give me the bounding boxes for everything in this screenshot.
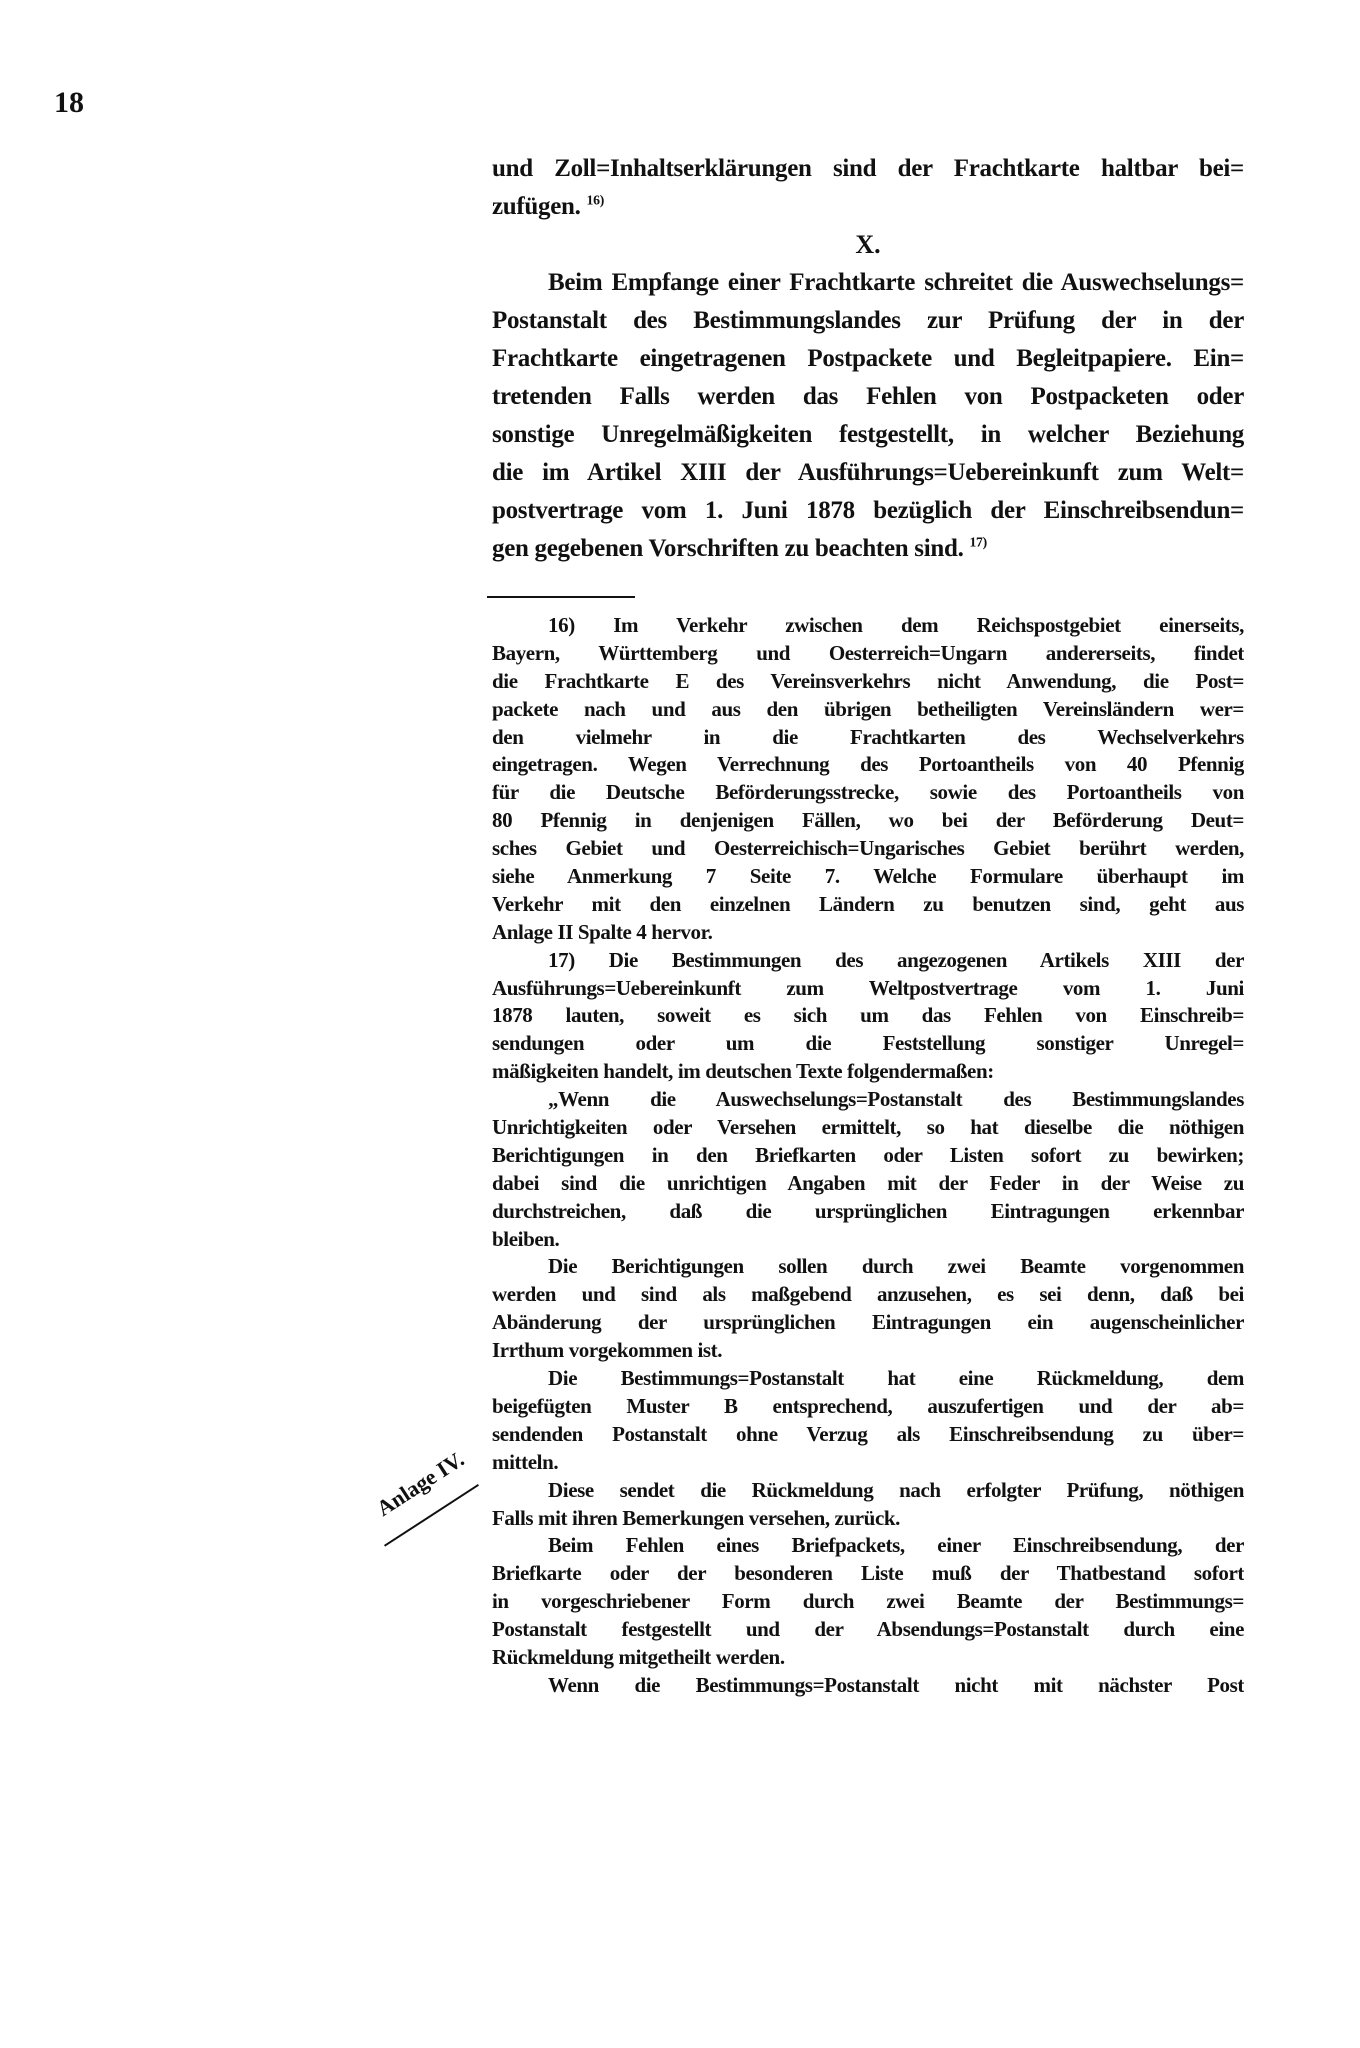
footnote-line: packete nach und aus den übrigen betheil…	[492, 696, 1244, 724]
footnote-line: Die Bestimmungs=Postanstalt hat eine Rüc…	[492, 1365, 1244, 1393]
margin-note-annex: Anlage IV.	[372, 1435, 487, 1522]
footnote-line: für die Deutsche Beförderungsstrecke, so…	[492, 779, 1244, 807]
footnote-line: 16) Im Verkehr zwischen dem Reichspostge…	[492, 612, 1244, 640]
text-line-content: tretenden Falls werden das Fehlen von Po…	[492, 383, 1244, 410]
text-line: Postanstalt des Bestimmungslandes zur Pr…	[492, 302, 1244, 340]
footnote-line: Postanstalt festgestellt und der Absendu…	[492, 1616, 1244, 1644]
text-line: tretenden Falls werden das Fehlen von Po…	[492, 378, 1244, 416]
text-line-content: Beim Empfange einer Frachtkarte schreite…	[548, 269, 1244, 296]
footnote-line: Anlage II Spalte 4 hervor.	[492, 919, 1244, 947]
text-line-content: zufügen.	[492, 193, 581, 220]
footnote-line: Wenn die Bestimmungs=Postanstalt nicht m…	[492, 1672, 1244, 1700]
text-line: gen gegebenen Vorschriften zu beachten s…	[492, 530, 1244, 568]
footnote-line: Briefkarte oder der besonderen Liste muß…	[492, 1560, 1244, 1588]
footnote-line: Falls mit ihren Bemerkungen versehen, zu…	[492, 1505, 1244, 1533]
text-line: die im Artikel XIII der Ausführungs=Uebe…	[492, 454, 1244, 492]
text-line: und Zoll=Inhaltserklärungen sind der Fra…	[492, 150, 1244, 188]
footnote-ref[interactable]: 17)	[969, 535, 986, 550]
footnotes: 16) Im Verkehr zwischen dem Reichspostge…	[492, 612, 1244, 1700]
footnote-line: Irrthum vorgekommen ist.	[492, 1337, 1244, 1365]
text-line-content: die im Artikel XIII der Ausführungs=Uebe…	[492, 459, 1244, 486]
footnote-line: Rückmeldung mitgetheilt werden.	[492, 1644, 1244, 1672]
footnote-line: 17) Die Bestimmungen des angezogenen Art…	[492, 947, 1244, 975]
footnote-line: in vorgeschriebener Form durch zwei Beam…	[492, 1588, 1244, 1616]
footnote-line: den vielmehr in die Frachtkarten des Wec…	[492, 724, 1244, 752]
footnote-line: Beim Fehlen eines Briefpackets, einer Ei…	[492, 1532, 1244, 1560]
footnote-line: Die Berichtigungen sollen durch zwei Bea…	[492, 1253, 1244, 1281]
footnote-line: mäßigkeiten handelt, im deutschen Texte …	[492, 1058, 1244, 1086]
footnote-separator	[487, 596, 635, 598]
footnote-line: Unrichtigkeiten oder Versehen ermittelt,…	[492, 1114, 1244, 1142]
footnote-line: Diese sendet die Rückmeldung nach erfolg…	[492, 1477, 1244, 1505]
footnote-line: Berichtigungen in den Briefkarten oder L…	[492, 1142, 1244, 1170]
footnote-line: 1878 lauten, soweit es sich um das Fehle…	[492, 1002, 1244, 1030]
footnote-line: bleiben.	[492, 1226, 1244, 1254]
footnote-line: durchstreichen, daß die ursprünglichen E…	[492, 1198, 1244, 1226]
section-heading: X.	[492, 226, 1244, 264]
footnote-line: sendungen oder um die Feststellung sonst…	[492, 1030, 1244, 1058]
page-number: 18	[54, 86, 84, 120]
footnote-line: die Frachtkarte E des Vereinsverkehrs ni…	[492, 668, 1244, 696]
footnote-line: siehe Anmerkung 7 Seite 7. Welche Formul…	[492, 863, 1244, 891]
main-text: und Zoll=Inhaltserklärungen sind der Fra…	[492, 150, 1244, 568]
footnote-line: Abänderung der ursprünglichen Eintragung…	[492, 1309, 1244, 1337]
text-line: postvertrage vom 1. Juni 1878 bezüglich …	[492, 492, 1244, 530]
text-line: Beim Empfange einer Frachtkarte schreite…	[492, 264, 1244, 302]
footnote-line: sendenden Postanstalt ohne Verzug als Ei…	[492, 1421, 1244, 1449]
footnote-line: „Wenn die Auswechselungs=Postanstalt des…	[492, 1086, 1244, 1114]
text-line-content: sonstige Unregelmäßigkeiten festgestellt…	[492, 421, 1244, 448]
footnote-line: 80 Pfennig in denjenigen Fällen, wo bei …	[492, 807, 1244, 835]
footnote-line: Ausführungs=Uebereinkunft zum Weltpostve…	[492, 975, 1244, 1003]
footnote-line: eingetragen. Wegen Verrechnung des Porto…	[492, 751, 1244, 779]
text-line: zufügen. 16)	[492, 188, 1244, 226]
footnote-line: Verkehr mit den einzelnen Ländern zu ben…	[492, 891, 1244, 919]
footnote-line: Bayern, Württemberg und Oesterreich=Unga…	[492, 640, 1244, 668]
footnote-ref[interactable]: 16)	[587, 193, 604, 208]
text-line-content: postvertrage vom 1. Juni 1878 bezüglich …	[492, 497, 1244, 524]
footnote-line: mitteln.	[492, 1449, 1244, 1477]
footnote-line: sches Gebiet und Oesterreichisch=Ungaris…	[492, 835, 1244, 863]
text-line: Frachtkarte eingetragenen Postpackete un…	[492, 340, 1244, 378]
text-line-content: Frachtkarte eingetragenen Postpackete un…	[492, 345, 1244, 372]
footnote-line: werden und sind als maßgebend anzusehen,…	[492, 1281, 1244, 1309]
footnote-line: dabei sind die unrichtigen Angaben mit d…	[492, 1170, 1244, 1198]
text-line-content: gen gegebenen Vorschriften zu beachten s…	[492, 535, 964, 562]
text-line: sonstige Unregelmäßigkeiten festgestellt…	[492, 416, 1244, 454]
text-line-content: Postanstalt des Bestimmungslandes zur Pr…	[492, 307, 1244, 334]
paragraph: Beim Empfange einer Frachtkarte schreite…	[492, 264, 1244, 568]
footnote-line: beigefügten Muster B entsprechend, auszu…	[492, 1393, 1244, 1421]
